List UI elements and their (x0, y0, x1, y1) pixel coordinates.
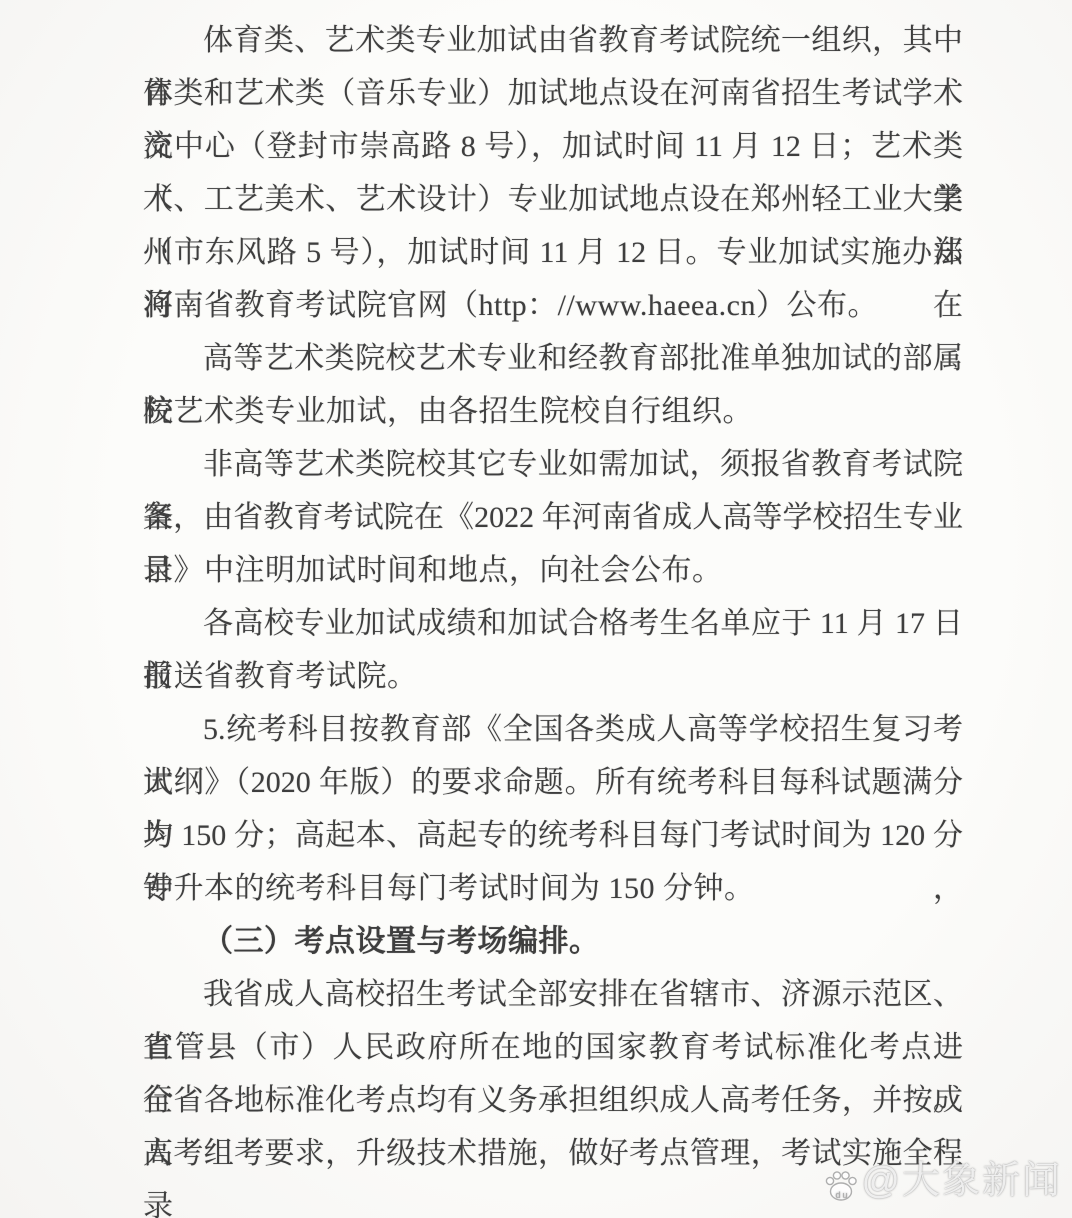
text-line: 校艺术类专业加试，由各招生院校自行组织。 (143, 385, 963, 438)
text-line: 术、工艺美术、艺术设计）专业加试地点设在郑州轻工业大学（郑 (143, 173, 963, 226)
text-line: 为 150 分；高起本、高起专的统考科目每门考试时间为 120 分钟， (143, 809, 963, 862)
text-line: 流中心（登封市崇高路 8 号），加试时间 11 月 12 日；艺术类（美 (143, 120, 963, 173)
text-line: 直管县（市）人民政府所在地的国家教育考试标准化考点进行。 (143, 1021, 963, 1074)
watermark-text: @大象新闻 (861, 1162, 1062, 1200)
text-line: 河南省教育考试院官网（http：//www.haeea.cn）公布。 (143, 279, 963, 332)
text-line: 体育类、艺术类专业加试由省教育考试院统一组织，其中体 (143, 14, 963, 67)
text-line: 州市东风路 5 号），加试时间 11 月 12 日。专业加试实施办法将在 (143, 226, 963, 279)
text-line: 各高校专业加试成绩和加试合格考生名单应于 11 月 17 日前 (143, 597, 963, 650)
text-line: 报送省教育考试院。 (143, 650, 963, 703)
text-line: 全省各地标准化考点均有义务承担组织成人高考任务，并按成人 (143, 1074, 963, 1127)
paw-icon-label: du (836, 1190, 850, 1200)
text-line: 非高等艺术类院校其它专业如需加试，须报省教育考试院备 (143, 438, 963, 491)
text-line: 高等艺术类院校艺术专业和经教育部批准单独加试的部属院 (143, 332, 963, 385)
section-heading: （三）考点设置与考场编排。 (143, 915, 963, 968)
document-page: 体育类、艺术类专业加试由省教育考试院统一组织，其中体 育类和艺术类（音乐专业）加… (0, 0, 1072, 1218)
text-line: 案，由省教育考试院在《2022 年河南省成人高等学校招生专业目 (143, 491, 963, 544)
text-line: 5.统考科目按教育部《全国各类成人高等学校招生复习考试 (143, 703, 963, 756)
document-body: 体育类、艺术类专业加试由省教育考试院统一组织，其中体 育类和艺术类（音乐专业）加… (143, 14, 963, 1180)
watermark: du @大象新闻 (823, 1158, 1062, 1204)
text-line: 育类和艺术类（音乐专业）加试地点设在河南省招生考试学术交 (143, 67, 963, 120)
text-line: 大纲》（2020 年版）的要求命题。所有统考科目每科试题满分均 (143, 756, 963, 809)
text-line: 我省成人高校招生考试全部安排在省辖市、济源示范区、省 (143, 968, 963, 1021)
baidu-paw-icon: du (823, 1168, 859, 1204)
text-line: 录》中注明加试时间和地点，向社会公布。 (143, 544, 963, 597)
